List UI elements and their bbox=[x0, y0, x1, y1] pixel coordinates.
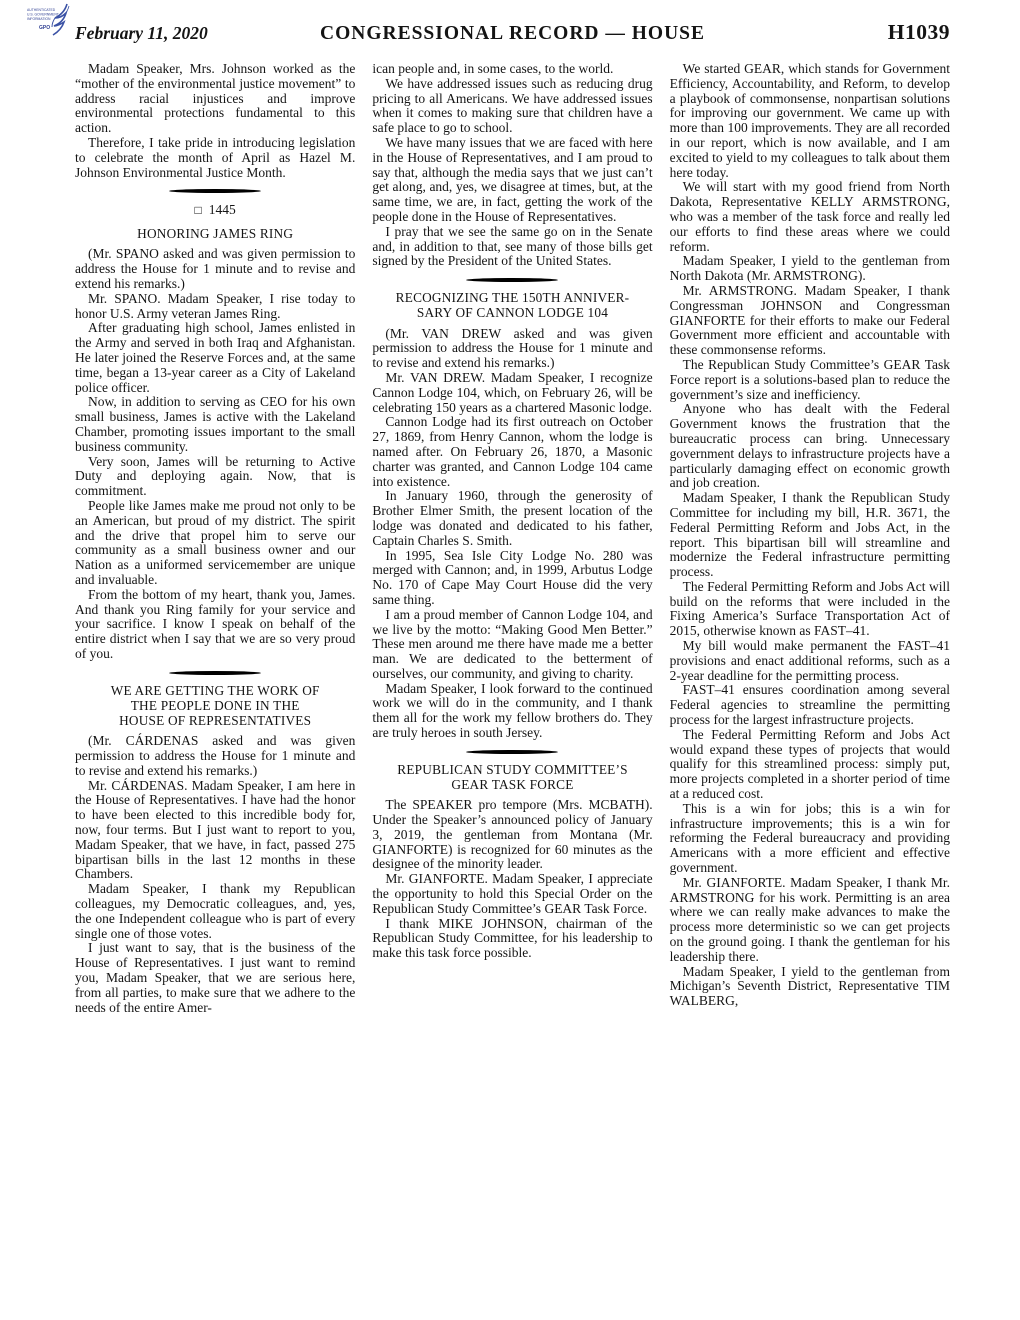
paragraph: People like James make me proud not only… bbox=[75, 499, 355, 588]
paragraph: (Mr. SPANO asked and was given permissio… bbox=[75, 247, 355, 291]
gpo-logo-text: GPO bbox=[39, 25, 50, 31]
paragraph: Madam Speaker, I yield to the gentleman … bbox=[670, 254, 950, 284]
paragraph: I just want to say, that is the business… bbox=[75, 941, 355, 1015]
paragraph: Mr. GIANFORTE. Madam Speaker, I apprecia… bbox=[372, 872, 652, 916]
column-1: Madam Speaker, Mrs. Johnson worked as th… bbox=[75, 62, 355, 1272]
page-number: H1039 bbox=[715, 20, 950, 45]
gpo-logo-line3: INFORMATION bbox=[27, 17, 51, 21]
paragraph: Madam Speaker, I yield to the gentleman … bbox=[670, 965, 950, 1009]
paragraph: I am a proud member of Cannon Lodge 104,… bbox=[372, 608, 652, 682]
section-heading: WE ARE GETTING THE WORK OF THE PEOPLE DO… bbox=[75, 683, 355, 729]
paragraph: Madam Speaker, I look forward to the con… bbox=[372, 682, 652, 741]
section-heading: HONORING JAMES RING bbox=[75, 226, 355, 241]
paragraph: Cannon Lodge had its first outreach on O… bbox=[372, 415, 652, 489]
paragraph: I pray that we see the same go on in the… bbox=[372, 225, 652, 269]
paragraph: Mr. ARMSTRONG. Madam Speaker, I thank Co… bbox=[670, 284, 950, 358]
time-value: 1445 bbox=[209, 202, 236, 217]
paragraph: Madam Speaker, I thank my Republican col… bbox=[75, 882, 355, 941]
paragraph: In 1995, Sea Isle City Lodge No. 280 was… bbox=[372, 549, 652, 608]
section-divider bbox=[466, 278, 558, 282]
column-3: We started GEAR, which stands for Govern… bbox=[670, 62, 950, 1272]
paragraph: (Mr. CÁRDENAS asked and was given permis… bbox=[75, 734, 355, 778]
section-heading: REPUBLICAN STUDY COMMITTEE’S GEAR TASK F… bbox=[372, 762, 652, 792]
section-divider bbox=[169, 671, 261, 675]
issue-date: February 11, 2020 bbox=[75, 23, 310, 44]
paragraph: Very soon, James will be returning to Ac… bbox=[75, 455, 355, 499]
paragraph: FAST–41 ensures coordination among sever… bbox=[670, 683, 950, 727]
paragraph: Mr. GIANFORTE. Madam Speaker, I thank Mr… bbox=[670, 876, 950, 965]
paragraph: The Federal Permitting Reform and Jobs A… bbox=[670, 580, 950, 639]
gpo-logo: AUTHENTICATED U.S. GOVERNMENT INFORMATIO… bbox=[25, 3, 73, 37]
gpo-logo-line1: AUTHENTICATED bbox=[27, 8, 56, 12]
paragraph: Anyone who has dealt with the Federal Go… bbox=[670, 402, 950, 491]
paragraph: Madam Speaker, I thank the Republican St… bbox=[670, 491, 950, 580]
section-divider bbox=[466, 750, 558, 754]
paragraph: Mr. VAN DREW. Madam Speaker, I recognize… bbox=[372, 371, 652, 415]
paragraph: Mr. SPANO. Madam Speaker, I rise today t… bbox=[75, 292, 355, 322]
paragraph: Mr. CÁRDENAS. Madam Speaker, I am here i… bbox=[75, 779, 355, 883]
paragraph: Madam Speaker, Mrs. Johnson worked as th… bbox=[75, 62, 355, 136]
paragraph: The Federal Permitting Reform and Jobs A… bbox=[670, 728, 950, 802]
paragraph: My bill would make permanent the FAST–41… bbox=[670, 639, 950, 683]
paragraph: The SPEAKER pro tempore (Mrs. MCBATH). U… bbox=[372, 798, 652, 872]
paragraph: This is a win for jobs; this is a win fo… bbox=[670, 802, 950, 876]
paragraph: We started GEAR, which stands for Govern… bbox=[670, 62, 950, 180]
publication-title: CONGRESSIONAL RECORD — HOUSE bbox=[310, 23, 715, 45]
paragraph: ican people and, in some cases, to the w… bbox=[372, 62, 652, 77]
congressional-record-page: { "logo": { "lines": ["AUTHENTICATED", "… bbox=[0, 0, 1020, 1320]
paragraph: We have addressed issues such as reducin… bbox=[372, 77, 652, 136]
page-body-columns: Madam Speaker, Mrs. Johnson worked as th… bbox=[75, 62, 950, 1272]
paragraph: Now, in addition to serving as CEO for h… bbox=[75, 395, 355, 454]
paragraph: From the bottom of my heart, thank you, … bbox=[75, 588, 355, 662]
paragraph: In January 1960, through the generosity … bbox=[372, 489, 652, 548]
gpo-logo-line2: U.S. GOVERNMENT bbox=[27, 13, 59, 17]
paragraph: We will start with my good friend from N… bbox=[670, 180, 950, 254]
section-heading: RECOGNIZING THE 150TH ANNIVER- SARY OF C… bbox=[372, 290, 652, 320]
time-square-icon: □ bbox=[195, 203, 202, 217]
section-divider bbox=[169, 189, 261, 193]
paragraph: We have many issues that we are faced wi… bbox=[372, 136, 652, 225]
paragraph: Therefore, I take pride in introducing l… bbox=[75, 136, 355, 180]
column-2: ican people and, in some cases, to the w… bbox=[372, 62, 652, 1272]
paragraph: The Republican Study Committee’s GEAR Ta… bbox=[670, 358, 950, 402]
paragraph: After graduating high school, James enli… bbox=[75, 321, 355, 395]
paragraph: I thank MIKE JOHNSON, chairman of the Re… bbox=[372, 917, 652, 961]
time-marker: □1445 bbox=[75, 203, 355, 218]
paragraph: (Mr. VAN DREW asked and was given permis… bbox=[372, 327, 652, 371]
masthead: February 11, 2020 CONGRESSIONAL RECORD —… bbox=[75, 20, 950, 54]
